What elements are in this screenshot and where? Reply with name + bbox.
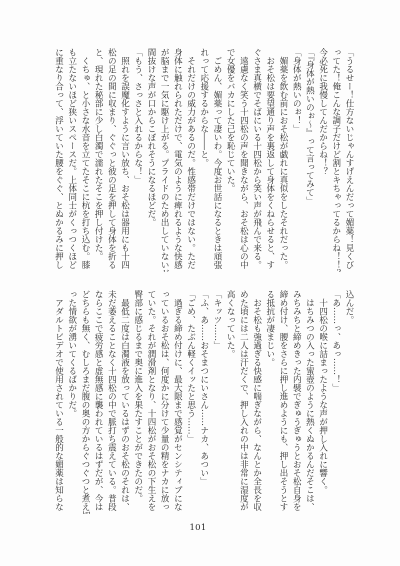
text-column: ごめん、媚薬って凄いわ。今度お世話になるときは頑張 [210, 48, 223, 272]
text-column: どちらも無く、むしろまだ腹の奥の方からぐつぐつと煮え切 [78, 290, 91, 514]
text-column: ぐさま真横でそばにいる十四松から笑い声が飛んで来る。 [249, 48, 262, 272]
text-column: 込んだ。 [342, 290, 355, 514]
text-column: が脳まで一気に駆け上がる。プライドのため出していないが、 [157, 48, 170, 272]
text-column: 締め付け、腰をさらに押し進めようにも、押し出そうとす [276, 290, 289, 514]
page-number: 101 [0, 523, 396, 533]
text-column: に重なり合って、浮いていた腰をぐぐ、とぬかるみに押し [51, 48, 64, 272]
book-page: 「うるせー！仕方ないじゃんすげえんだって媚薬！見くび ってた！俺こんな調子だけど… [0, 0, 400, 566]
text-column: と、現れた秘部に少し白濁で濡れたそこを押し付けた。 [91, 48, 104, 272]
text-column: 過ぎる締め付けに、最大限まで感覚がセンシティブにな [170, 290, 183, 514]
text-column: 臀部に感じるまで奥に進入を果たすことができたのだ。 [131, 290, 144, 514]
upper-text-block: 「うるせー！仕方ないじゃんすげえんだって媚薬！見くび ってた！俺こんな調子だけど… [51, 48, 355, 272]
text-column: っているおそ松は、何度かに分けて少量の精をナカに放っ [157, 290, 170, 514]
text-column: 十四松の喉に詰まったような声が押し入れに響く。 [315, 290, 328, 514]
text-column: 今必死に我慢してんだからね！？ [315, 48, 328, 272]
text-column: 「うるせー！仕方ないじゃんすげえんだって媚薬！見くび [342, 48, 355, 272]
text-column: みちみちと締めきった内襞でぎゅうぎゅうとおそ松自身を [289, 290, 302, 514]
text-column: ってた！俺こんな調子だけど割とキちゃってるからね！！？ [329, 48, 342, 272]
text-column: 「『身体が熱いのぉ～』って言ってみて」 [302, 48, 315, 272]
text-column: めた頃には二人は汗だくで、押し入れの中は非常に湿度が [236, 290, 249, 514]
text-column: 「身体が熱いのぉ！」 [289, 48, 302, 272]
text-column: はちみつの入った蜜壺のように熱くぬかるんだそこは、 [302, 290, 315, 514]
text-column: それだけの威力があるのだ。性感帯だけではない。ただ [183, 48, 196, 272]
text-column: おそ松は要望通り声を裏返して身体をくねらせると、す [263, 48, 276, 272]
text-column: 「ごめ、たぶん軽くイッたと思う……」 [183, 290, 196, 514]
text-column: 最低二度は白濁液を放っているはずのおそ松のそれは、 [117, 290, 130, 514]
text-column: 照れを誤魔化すように言い放ち、おそ松は器用にも十四 [117, 48, 130, 272]
text-column: 「もう、さっさと入れるからな！」 [131, 48, 144, 272]
lower-text-block: 込んだ。 「あ……っ、あっ……！」 十四松の喉に詰まったような声が押し入れに響く… [51, 290, 355, 514]
text-column: 身体に触れられただけで、電気のように痺れるような快感 [170, 48, 183, 272]
text-column: 遠慮なく笑う十四松の声を聞きながら、おそ松は心の中 [236, 48, 249, 272]
text-column: 「あ……っ、あっ……！」 [329, 290, 342, 514]
text-column: くちゅ、と小さな水音を立てたそこに杭を打ち込む。膝 [78, 48, 91, 272]
text-column: れって応援するからな――と。 [197, 48, 210, 272]
text-column: も立たないほど狭いスペースだ。上体同士がくっつくほど [65, 48, 78, 272]
text-column: で女優をバカにした己を恥じていた。 [223, 48, 236, 272]
text-column: 未だ萎えることなく十四松の中で脈打ち震えている。普段 [104, 290, 117, 514]
text-column: 「キッツ……」 [210, 290, 223, 514]
text-column: ならここで疲労感と虚無感に襲われているはずだが、今は [91, 290, 104, 514]
text-column: 松の足の間に収まり、ぐぐっと彼の足を押して身体を折る [104, 48, 117, 272]
text-column: 間抜けな声が口からこぼれそうになるほどだ。 [144, 48, 157, 272]
text-column: った情欲が湧いてくるばかりだ。 [65, 290, 78, 514]
text-column: アダルトビデオで使用されている一般的な媚薬は知らな [51, 290, 64, 514]
text-column: 高くなっていた。 [223, 290, 236, 514]
text-column: 「ふ、あ……おそまつにいさん……ナカ、あつい」 [197, 290, 210, 514]
text-column: ていた。それが潤滑剤となり、十四松がおそ松の下生えを [144, 290, 157, 514]
text-column: る抵抗が凄まじい。 [263, 290, 276, 514]
text-column: 媚薬を飲む前におそ松が戯れに真似をしたそれだった。 [276, 48, 289, 272]
text-column: おそ松も強過ぎる快感に喘ぎながら、なんとか全長を収 [249, 290, 262, 514]
